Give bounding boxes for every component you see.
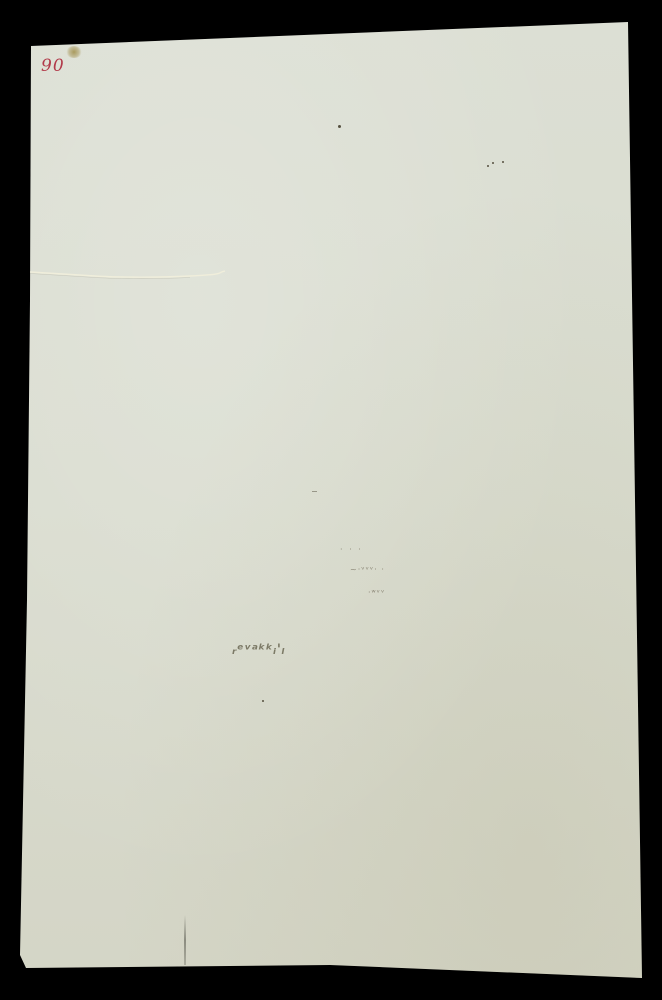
folio-number: 90 — [41, 56, 65, 76]
bleed-through-line-2: ~·ᵛᵛᵛ· · — [350, 565, 385, 574]
bleed-through-word: ᵣᵉᵛᵃᵏᵏᵢ'ₗ — [232, 642, 285, 658]
ink-speck — [262, 700, 264, 702]
ink-speck — [312, 491, 317, 492]
ink-speck — [338, 125, 341, 128]
bottom-fold-mark — [184, 915, 186, 965]
paper-leaf: 90 · · · ~·ᵛᵛᵛ· · ·ʷᵛᵛ ᵣᵉᵛᵃᵏᵏᵢ'ₗ — [0, 0, 662, 1000]
foxing-stain — [66, 46, 82, 58]
bleed-through-line-3: ·ʷᵛᵛ — [368, 588, 385, 597]
bleed-through-line-1: · · · — [340, 545, 363, 554]
ink-speck — [502, 161, 504, 163]
manuscript-sheet: 90 · · · ~·ᵛᵛᵛ· · ·ʷᵛᵛ ᵣᵉᵛᵃᵏᵏᵢ'ₗ — [0, 0, 662, 1000]
ink-speck — [492, 162, 494, 164]
paper-crease — [30, 266, 225, 286]
ink-speck — [487, 165, 489, 167]
